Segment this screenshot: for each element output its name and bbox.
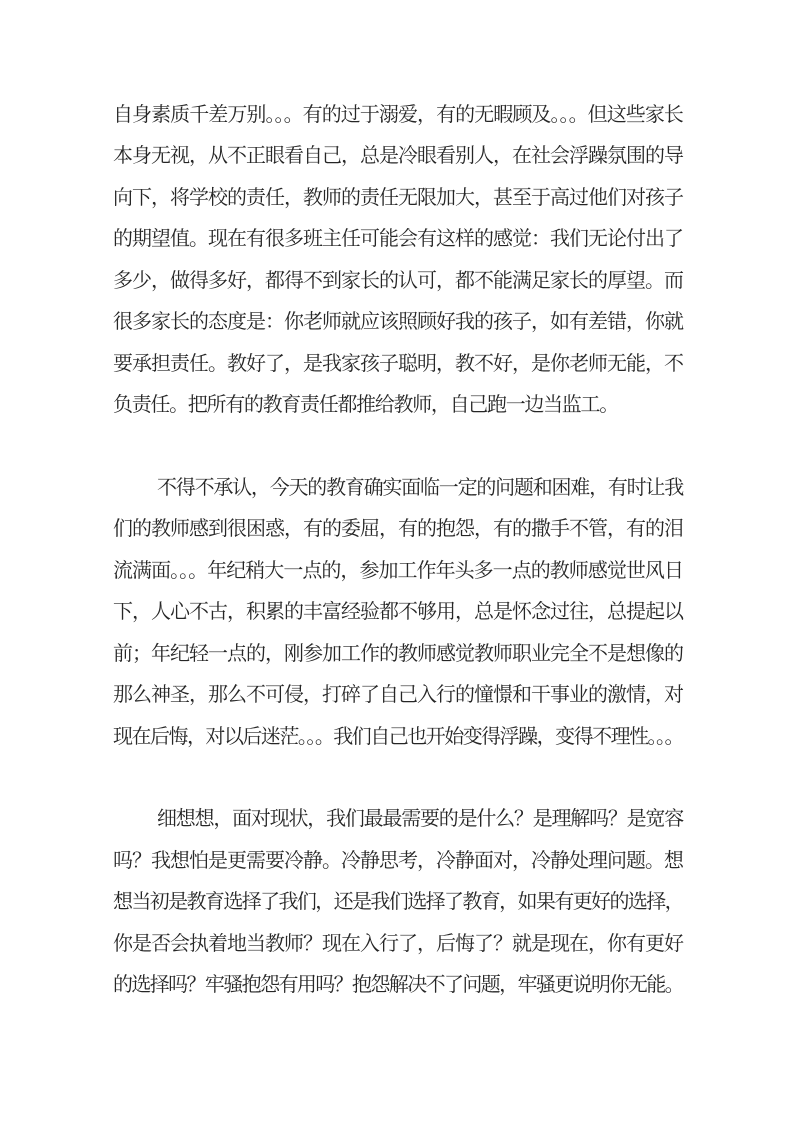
text-line: 多少，做得多好，都得不到家长的认可，都不能满足家长的厚望。而 [113, 261, 683, 302]
text-line: 自身素质千差万别。。。有的过于溺爱，有的无暇顾及。。。但这些家长 [113, 95, 683, 136]
text-line: 本身无视，从不正眼看自己，总是冷眼看别人，在社会浮躁氛围的导 [113, 136, 683, 177]
text-line: 前；年纪轻一点的，刚参加工作的教师感觉教师职业完全不是想像的 [113, 634, 683, 675]
text-line: 们的教师感到很困惑，有的委屈，有的抱怨，有的撒手不管，有的泪 [113, 509, 683, 550]
text-line: 的选择吗？牢骚抱怨有用吗？抱怨解决不了问题，牢骚更说明你无能。 [113, 965, 683, 1006]
text-line: 想当初是教育选择了我们，还是我们选择了教育，如果有更好的选择， [113, 882, 683, 923]
paragraph: 不得不承认，今天的教育确实面临一定的问题和困难，有时让我 们的教师感到很困惑，有… [113, 468, 683, 758]
paragraph: 自身素质千差万别。。。有的过于溺爱，有的无暇顾及。。。但这些家长 本身无视，从不… [113, 95, 683, 427]
text-line: 负责任。把所有的教育责任都推给教师，自己跑一边当监工。 [113, 385, 683, 426]
text-line: 的期望值。现在有很多班主任可能会有这样的感觉：我们无论付出了 [113, 219, 683, 260]
text-line: 要承担责任。教好了，是我家孩子聪明，教不好，是你老师无能，不 [113, 344, 683, 385]
text-line: 很多家长的态度是：你老师就应该照顾好我的孩子，如有差错，你就 [113, 302, 683, 343]
text-line: 那么神圣，那么不可侵，打碎了自己入行的憧憬和干事业的激情，对 [113, 675, 683, 716]
text-line: 细想想，面对现状，我们最最需要的是什么？是理解吗？是宽容 [157, 799, 683, 840]
text-block: 自身素质千差万别。。。有的过于溺爱，有的无暇顾及。。。但这些家长 本身无视，从不… [113, 95, 683, 1007]
document-page: 的选择吗？牢骚抱怨有用吗？抱怨解决不了问题，牢骚更说明你无能。 自身素质千差万别… [0, 0, 793, 1122]
text-line: 向下，将学校的责任，教师的责任无限加大，甚至于高过他们对孩子 [113, 178, 683, 219]
text-line: 下，人心不古，积累的丰富经验都不够用，总是怀念过往，总提起以 [113, 592, 683, 633]
paragraph: 细想想，面对现状，我们最最需要的是什么？是理解吗？是宽容 吗？我想怕是更需要冷静… [113, 799, 683, 1006]
text-line: 流满面。。。年纪稍大一点的，参加工作年头多一点的教师感觉世风日 [113, 551, 683, 592]
text-line: 不得不承认，今天的教育确实面临一定的问题和困难，有时让我 [157, 468, 683, 509]
text-line: 吗？我想怕是更需要冷静。冷静思考，冷静面对，冷静处理问题。想 [113, 841, 683, 882]
text-line: 你是否会执着地当教师？现在入行了，后悔了？就是现在，你有更好 [113, 924, 683, 965]
text-line: 现在后悔，对以后迷茫。。。我们自己也开始变得浮躁，变得不理性。。。 [113, 717, 683, 758]
